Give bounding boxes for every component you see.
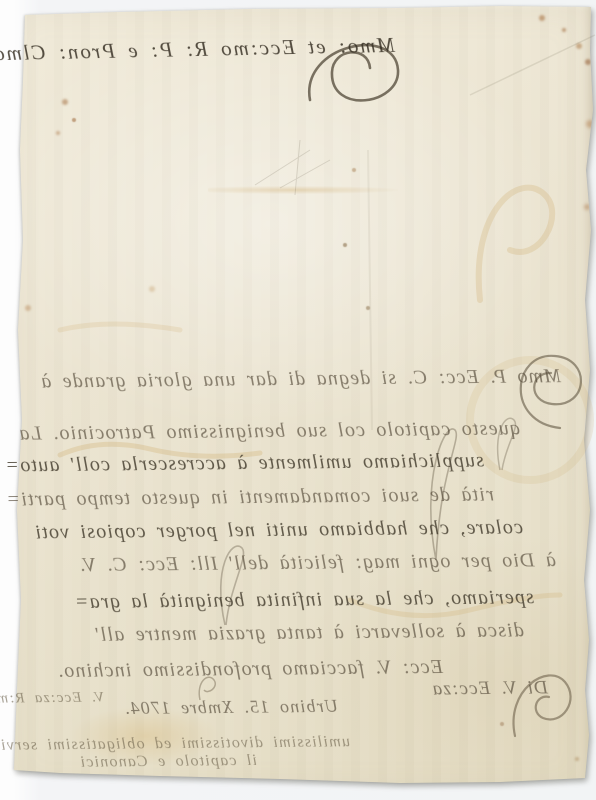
- signature-line: umilissimi divotissimi ed obligatissimi …: [10, 733, 350, 755]
- body-line: Ecc: V. facciamo profondissimo inchino.: [58, 656, 443, 683]
- scanned-letter-page: Mmo: et Ecc:mo R: P: e Pron: Clmo Mmo P.…: [0, 0, 596, 800]
- closing-salutation-cont: V. Ecc:za R:ma: [12, 690, 104, 708]
- signature-line: il capitolo e Canonici: [52, 752, 257, 772]
- body-line: supplichiamo umilmente à accrescerla col…: [14, 450, 484, 478]
- foxing-spots: [0, 0, 4, 4]
- stain-horizontal: [208, 186, 398, 194]
- closing-salutation: Di V. Ecc:za: [428, 677, 548, 700]
- dateline: Urbino 15. Xmbre 1704.: [110, 696, 338, 719]
